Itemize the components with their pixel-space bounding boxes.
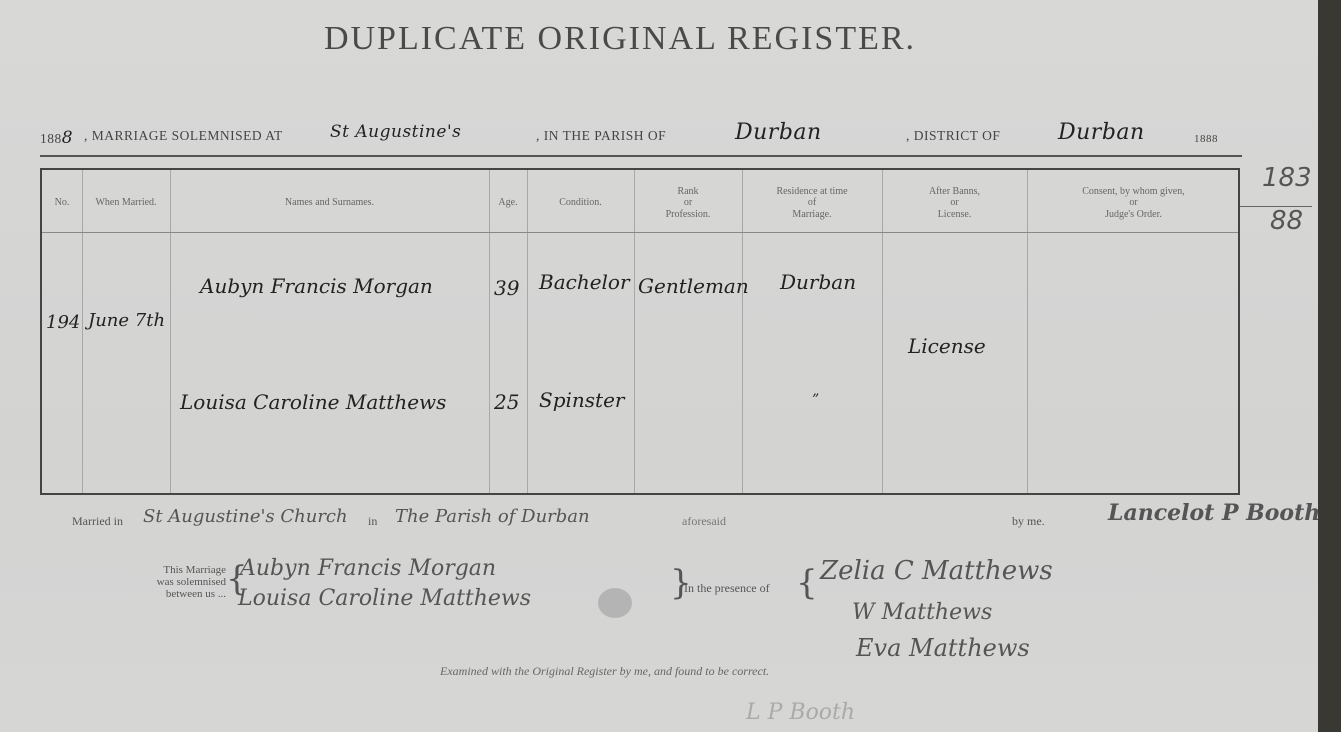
header-consent: Consent, by whom given, or Judge's Order… <box>1027 178 1240 228</box>
solemnised-label-line: This Marriage <box>120 564 226 576</box>
district-handwriting: Durban <box>1058 120 1145 145</box>
solemnised-at-label: , MARRIAGE SOLEMNISED AT <box>84 128 283 152</box>
bride-age: 25 <box>494 390 519 414</box>
header-banns: After Banns, or License. <box>882 178 1027 228</box>
groom-profession: Gentleman <box>638 274 749 298</box>
by-me-label: by me. <box>1012 514 1045 529</box>
witness-signature-3: Eva Matthews <box>856 634 1030 662</box>
district-value: Durban <box>1058 120 1145 144</box>
solemnised-label-line: was solemnised <box>120 576 226 588</box>
examiner-signature: L P Booth <box>746 700 855 725</box>
parish-handwriting: Durban <box>735 120 822 145</box>
parish-label: , IN THE PARISH OF <box>536 128 666 152</box>
solemnised-label-line: between us ... <box>120 588 226 600</box>
header-no: No. <box>42 178 82 228</box>
header-banns-line: License. <box>938 209 972 221</box>
presence-brace: { <box>796 566 818 600</box>
solemnised-at-value: St Augustine's <box>330 122 461 146</box>
year-prefix-text: 188 <box>40 131 62 146</box>
groom-age: 39 <box>494 276 519 300</box>
parish-value: Durban <box>735 120 822 144</box>
header-residence-line: Marriage. <box>792 209 831 221</box>
header-divider <box>42 232 1238 233</box>
married-in-value: St Augustine's Church <box>143 506 348 527</box>
scan-edge <box>1318 0 1341 732</box>
page-title: DUPLICATE ORIGINAL REGISTER. <box>0 20 1240 58</box>
year-right: 1888 <box>1194 133 1218 157</box>
bride-name: Louisa Caroline Matthews <box>180 390 446 414</box>
bride-condition: Spinster <box>539 388 624 412</box>
bride-signature: Louisa Caroline Matthews <box>238 586 531 611</box>
groom-signature: Aubyn Francis Morgan <box>240 556 496 581</box>
presence-label: In the presence of <box>684 581 770 596</box>
ink-blot <box>598 588 632 618</box>
entry-when-married: June 7th <box>88 310 165 331</box>
header-rank-line: Rank <box>677 186 698 198</box>
district-label: , DISTRICT OF <box>906 128 1000 152</box>
header-rank: Rank or Profession. <box>634 178 742 228</box>
register-page: DUPLICATE ORIGINAL REGISTER. 1888 , MARR… <box>0 0 1318 732</box>
entry-license: License <box>908 334 986 358</box>
married-in-label: Married in <box>72 514 123 529</box>
aforesaid-label: aforesaid <box>682 514 726 529</box>
margin-ref-top: 183 <box>1262 163 1312 193</box>
header-condition: Condition. <box>527 178 634 228</box>
header-when-married: When Married. <box>82 178 170 228</box>
header-consent-line: Judge's Order. <box>1105 209 1162 221</box>
header-rank-line: or <box>684 197 692 209</box>
bride-residence-ditto: ” <box>812 392 819 408</box>
header-consent-line: or <box>1129 197 1137 209</box>
header-residence-line: of <box>808 197 816 209</box>
header-residence: Residence at time of Marriage. <box>742 178 882 228</box>
header-rank-line: Profession. <box>666 209 711 221</box>
header-residence-line: Residence at time <box>776 186 847 198</box>
header-names: Names and Surnames. <box>170 178 489 228</box>
year-prefix: 1888 <box>40 128 73 152</box>
headline-rule <box>40 155 1242 157</box>
officiant-signature: Lancelot P Booth <box>1108 500 1320 526</box>
solemnised-at-handwriting: St Augustine's <box>330 122 461 142</box>
solemnised-between-label: This Marriage was solemnised between us … <box>120 564 226 600</box>
margin-ref-bottom: 88 <box>1270 206 1303 236</box>
header-consent-line: Consent, by whom given, <box>1082 186 1185 198</box>
groom-name: Aubyn Francis Morgan <box>200 274 433 298</box>
entry-number: 194 <box>46 312 80 333</box>
in-label: in <box>368 514 377 529</box>
register-table: No. When Married. Names and Surnames. Ag… <box>40 168 1240 495</box>
year-suffix-handwritten: 8 <box>62 128 73 148</box>
header-banns-line: or <box>950 197 958 209</box>
groom-residence: Durban <box>780 270 856 294</box>
witness-signature-1: Zelia C Matthews <box>820 556 1053 586</box>
header-banns-line: After Banns, <box>929 186 980 198</box>
in-value: The Parish of Durban <box>395 506 590 527</box>
examined-statement: Examined with the Original Register by m… <box>440 664 769 679</box>
header-age: Age. <box>489 178 527 228</box>
witness-signature-2: W Matthews <box>852 600 992 625</box>
groom-condition: Bachelor <box>539 270 630 294</box>
